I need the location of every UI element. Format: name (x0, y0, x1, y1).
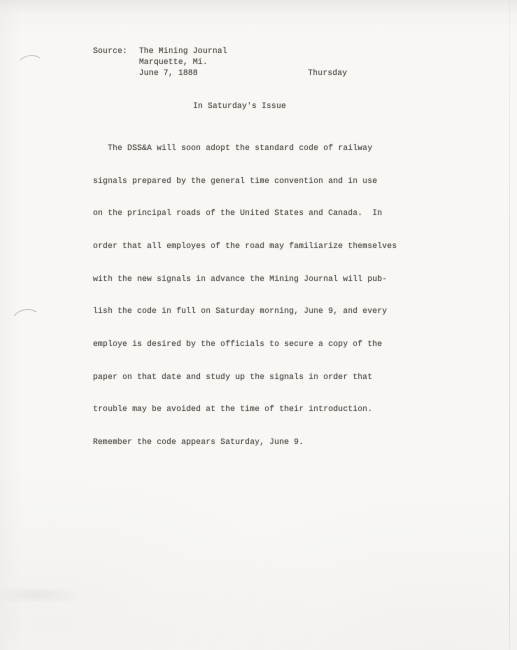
body-line: Remember the code appears Saturday, June… (93, 438, 397, 449)
source-label: Source: (93, 47, 127, 58)
body-line: The DSS&A will soon adopt the standard c… (93, 144, 397, 155)
paperclip-mark-middle-icon (9, 306, 45, 339)
body-line: order that all employes of the road may … (93, 242, 397, 253)
source-publication: The Mining Journal (139, 47, 227, 58)
body-line: paper on that date and study up the sign… (93, 373, 397, 384)
body-line: with the new signals in advance the Mini… (93, 275, 397, 286)
source-date: June 7, 1888 (139, 69, 198, 80)
paperclip-mark-top-icon (16, 54, 46, 81)
source-weekday: Thursday (308, 69, 347, 80)
body-line: trouble may be avoided at the time of th… (93, 405, 397, 416)
scan-smudge (0, 588, 120, 602)
body-line: signals prepared by the general time con… (93, 177, 397, 188)
scanned-document-page: Source: The Mining Journal Marquette, Mi… (0, 0, 517, 650)
article-body: The DSS&A will soon adopt the standard c… (93, 122, 397, 471)
body-line: on the principal roads of the United Sta… (93, 209, 397, 220)
source-location: Marquette, Mi. (139, 58, 208, 69)
body-line: employe is desired by the officials to s… (93, 340, 397, 351)
body-line: lish the code in full on Saturday mornin… (93, 307, 397, 318)
scan-edge-line (509, 0, 510, 650)
article-title: In Saturday's Issue (193, 102, 286, 113)
